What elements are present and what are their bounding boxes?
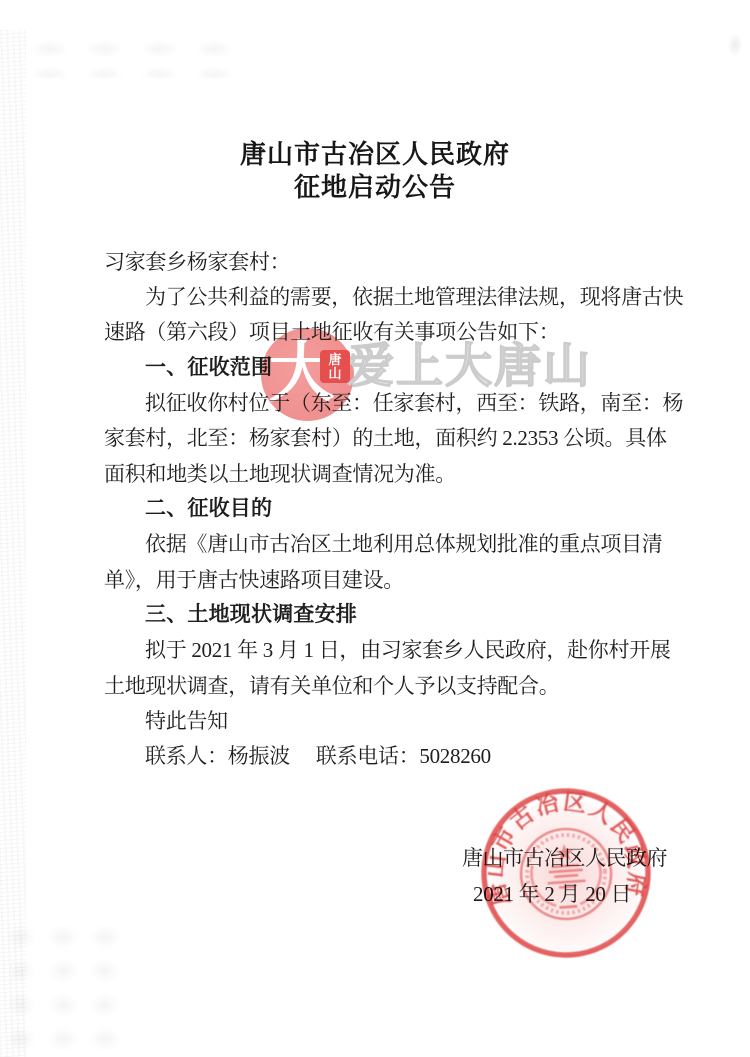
scanned-notice-page: { "document": { "title": { "line1": "唐山市… xyxy=(0,0,750,1057)
salutation: 习家套乡杨家套村： xyxy=(104,247,290,277)
intro-line-2: 速路（第六段）项目土地征收有关事项公告如下： xyxy=(104,317,559,347)
section-1-heading: 一、征收范围 xyxy=(145,353,272,383)
watermark-logo-badge: 唐 山 xyxy=(320,350,350,383)
section-2-heading: 二、征收目的 xyxy=(145,494,272,524)
section-1-line-3: 面积和地类以土地现状调查情况为准。 xyxy=(104,459,456,489)
section-2-line-1: 依据《唐山市古冶区土地利用总体规划批准的重点项目清 xyxy=(145,529,663,559)
section-1-line-1: 拟征收你村位于（东至：任家套村，西至：铁路，南至：杨 xyxy=(145,388,683,418)
intro-line-1: 为了公共利益的需要，依据土地管理法律法规，现将唐古快 xyxy=(145,282,683,312)
section-2-line-2: 单》，用于唐古快速路项目建设。 xyxy=(104,565,404,595)
page-title-line1: 唐山市古冶区人民政府 xyxy=(0,139,750,170)
section-3-heading: 三、土地现状调查安排 xyxy=(145,600,357,630)
scan-noise-top-left xyxy=(22,36,252,78)
watermark-badge-top-char: 唐 xyxy=(328,353,341,367)
contact-phone: 联系电话：5028260 xyxy=(316,744,491,768)
contact-person: 联系人：杨振波 xyxy=(145,744,290,768)
scan-noise-top-right xyxy=(724,28,746,62)
section-3-line-2: 土地现状调查，请有关单位和个人予以支持配合。 xyxy=(104,671,559,701)
section-3-line-1: 拟于 2021 年 3 月 1 日，由习家套乡人民政府，赴你村开展 xyxy=(145,635,671,665)
scan-noise-bottom-left xyxy=(0,920,120,1057)
section-1-line-2: 家套村，北至：杨家套村）的土地，面积约 2.2353 公顷。具体 xyxy=(104,423,667,453)
watermark-badge-bottom-char: 山 xyxy=(328,367,341,381)
closing-statement: 特此告知 xyxy=(145,706,228,736)
official-seal: 唐山市古冶区人民政府 xyxy=(455,762,677,984)
contact-line: 联系人：杨振波联系电话：5028260 xyxy=(145,741,491,771)
page-title-line2: 征地启动公告 xyxy=(0,172,750,203)
watermark-slogan: 爱上大唐山 xyxy=(347,341,592,393)
